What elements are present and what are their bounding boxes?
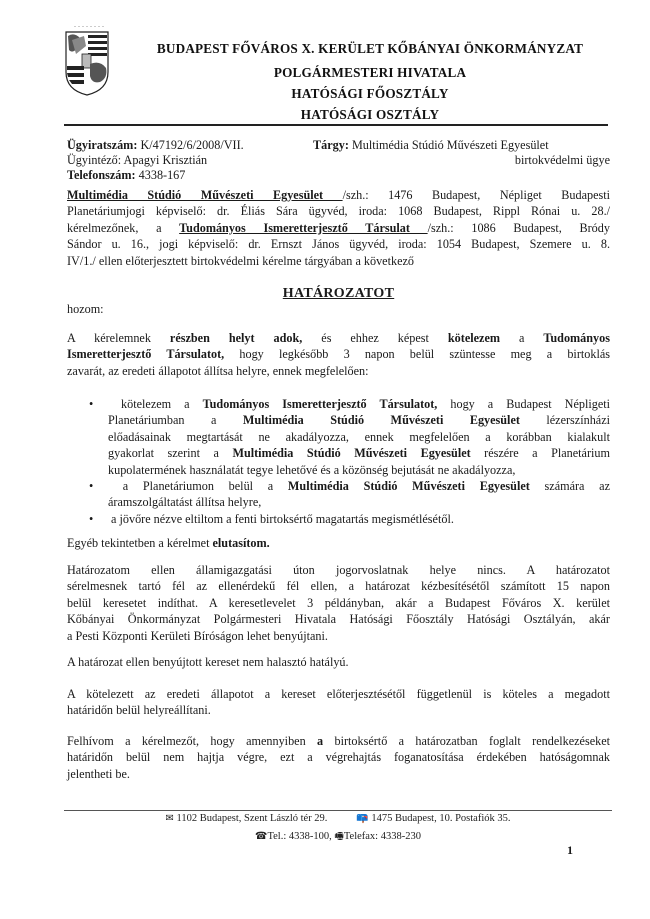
footer-contact-line: ☎Tel.: 4338-100, 🖷Telefax: 4338-230: [64, 829, 612, 846]
footer-address-line: ✉ 1102 Budapest, Szent László tér 29. 📪 …: [64, 813, 612, 824]
envelope-icon: ✉: [165, 813, 173, 824]
remedy-paragraph: Határozatom ellen államigazgatási úton j…: [67, 562, 610, 644]
case-meta: Ügyiratszám: K/47192/6/2008/VII. Ügyinté…: [67, 138, 244, 183]
decision-title: HATÁROZATOT: [67, 286, 610, 302]
officer-name: Apagyi Krisztián: [124, 153, 208, 167]
header-line-1: BUDAPEST FŐVÁROS X. KERÜLET KŐBÁNYAI ÖNK…: [110, 41, 630, 57]
list-item: • a jövőre nézve eltiltom a fenti birtok…: [67, 511, 610, 527]
operative-paragraph: A kérelemnek részben helyt adok, és ehhe…: [67, 330, 610, 379]
mailbox-icon: 📪: [356, 813, 368, 824]
phone-number: 4338-167: [139, 168, 186, 182]
obligation-paragraph: A kötelezett az eredeti állapotot a kere…: [67, 686, 610, 719]
applicant-name: Multimédia Stúdió Művészeti Egyesület: [67, 188, 343, 202]
phone-icon: ☎: [255, 831, 267, 842]
header-divider: [64, 124, 608, 126]
bullet-icon: •: [89, 478, 93, 494]
intro-paragraph: Multimédia Stúdió Művészeti Egyesület /s…: [67, 187, 610, 269]
hozom-text: hozom:: [67, 302, 104, 317]
bullet-icon: •: [89, 396, 93, 412]
footer-fax: Telefax: 4338-230: [344, 831, 421, 842]
fax-icon: 🖷: [334, 831, 343, 842]
list-item: • a Planetáriumon belül a Multimédia Stú…: [67, 478, 610, 511]
footer-divider: [64, 810, 612, 811]
footer-tel: Tel.: 4338-100,: [267, 831, 331, 842]
coat-of-arms-icon: [64, 26, 110, 96]
respondent-name: Tudományos Ismeretterjesztő Társulat: [179, 221, 427, 235]
footer-pobox: 1475 Budapest, 10. Postafiók 35.: [371, 813, 510, 824]
bullet-icon: •: [89, 511, 93, 527]
header-line-4: HATÓSÁGI OSZTÁLY: [110, 107, 630, 123]
header-line-2: POLGÁRMESTERI HIVATALA: [110, 65, 630, 81]
subject-label: Tárgy:: [313, 138, 349, 152]
list-item: • kötelezem a Tudományos Ismeretterjeszt…: [67, 396, 610, 478]
footer-address: 1102 Budapest, Szent László tér 29.: [176, 813, 327, 824]
phone-label: Telefonszám:: [67, 168, 136, 182]
header-line-3: HATÓSÁGI FŐOSZTÁLY: [110, 86, 630, 102]
subject-line-1: Multimédia Stúdió Művészeti Egyesület: [352, 138, 549, 152]
case-number-label: Ügyiratszám:: [67, 138, 137, 152]
obligation-list: • kötelezem a Tudományos Ismeretterjeszt…: [67, 396, 610, 527]
notice-paragraph: Felhívom a kérelmezőt, hogy amennyiben a…: [67, 733, 610, 782]
officer-label: Ügyintéző:: [67, 153, 121, 167]
case-number: K/47192/6/2008/VII.: [140, 138, 243, 152]
page-number: 1: [567, 843, 573, 858]
rejection-sentence: Egyéb tekintetben a kérelmet elutasítom.: [67, 536, 270, 551]
no-suspension-sentence: A határozat ellen benyújtott kereset nem…: [67, 655, 349, 670]
subject-meta: Tárgy: Multimédia Stúdió Művészeti Egyes…: [313, 138, 610, 168]
subject-line-2: birtokvédelmi ügye: [313, 153, 610, 168]
